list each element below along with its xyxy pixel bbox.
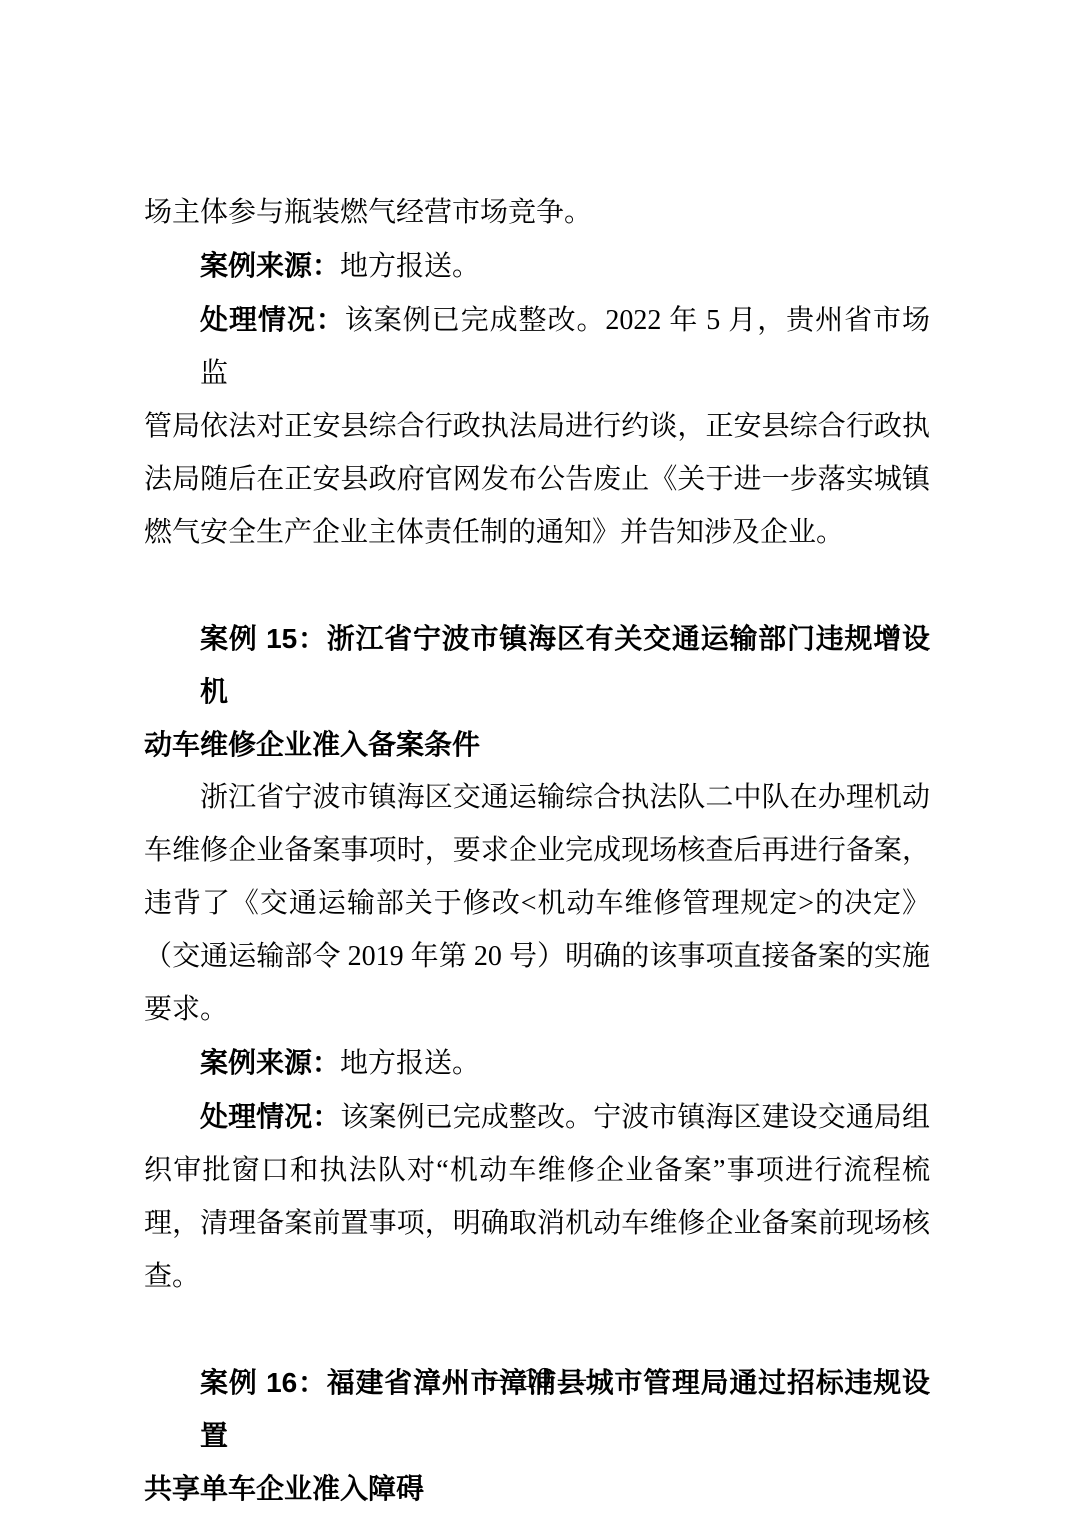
text-segment: 地方报送。	[340, 1048, 480, 1079]
text-segment: 查。	[144, 1261, 200, 1292]
body-text-line: 燃气安全生产企业主体责任制的通知》并告知涉及企业。	[144, 506, 930, 559]
field-label: 动车维修企业准入备案条件	[144, 729, 480, 760]
field-label: 案例 15：浙江省宁波市镇海区有关交通运输部门违规增设机	[200, 623, 930, 707]
body-text-line: 查。	[144, 1250, 930, 1303]
body-text-line: 理，清理备案前置事项，明确取消机动车维修企业备案前现场核	[144, 1197, 930, 1250]
body-text-line: 违背了《交通运输部关于修改<机动车维修管理规定>的决定》	[144, 877, 930, 930]
text-segment: 管局依法对正安县综合行政执法局进行约谈，正安县综合行政执	[144, 411, 930, 442]
field-label: 处理情况：	[200, 1101, 340, 1132]
text-segment: 车维修企业备案事项时，要求企业完成现场核查后再进行备案，	[144, 835, 930, 866]
body-text-line: （交通运输部令 2019 年第 20 号）明确的该事项直接备案的实施	[144, 930, 930, 983]
body-text-line: 浙江省宁波市镇海区交通运输综合执法队二中队在办理机动	[144, 771, 930, 824]
text-segment: 要求。	[144, 994, 228, 1025]
text-segment: 该案例已完成整改。宁波市镇海区建设交通局组	[340, 1102, 930, 1133]
body-text-line: 案例来源：地方报送。	[144, 239, 930, 293]
text-segment: 燃气安全生产企业主体责任制的通知》并告知涉及企业。	[144, 517, 844, 548]
body-text-line: 要求。	[144, 983, 930, 1036]
case-heading-line: 案例 15：浙江省宁波市镇海区有关交通运输部门违规增设机	[144, 612, 930, 718]
text-segment: 违背了《交通运输部关于修改<机动车维修管理规定>的决定》	[144, 888, 930, 919]
text-segment: 法局随后在正安县政府官网发布公告废止《关于进一步落实城镇	[144, 464, 930, 495]
document-text: 场主体参与瓶装燃气经营市场竞争。案例来源：地方报送。处理情况：该案例已完成整改。…	[144, 186, 930, 1515]
text-segment: 织审批窗口和执法队对“机动车维修企业备案”事项进行流程梳	[144, 1155, 930, 1186]
document-page: 场主体参与瓶装燃气经营市场竞争。案例来源：地方报送。处理情况：该案例已完成整改。…	[0, 0, 1074, 1520]
body-text-line: 场主体参与瓶装燃气经营市场竞争。	[144, 186, 930, 239]
case-heading-line: 动车维修企业准入备案条件	[144, 718, 930, 771]
case-heading-line: 共享单车企业准入障碍	[144, 1462, 930, 1515]
body-text-line: 车维修企业备案事项时，要求企业完成现场核查后再进行备案，	[144, 824, 930, 877]
field-label: 案例来源：	[200, 1047, 340, 1078]
text-segment: 地方报送。	[340, 251, 480, 282]
field-label: 共享单车企业准入障碍	[144, 1473, 424, 1504]
body-text-line: 织审批窗口和执法队对“机动车维修企业备案”事项进行流程梳	[144, 1144, 930, 1197]
blank-line	[144, 559, 930, 612]
page-number: — 10 —	[0, 1352, 1074, 1405]
body-text-line: 处理情况：该案例已完成整改。2022 年 5 月，贵州省市场监	[144, 293, 930, 400]
field-label: 案例来源：	[200, 250, 340, 281]
body-text-line: 处理情况：该案例已完成整改。宁波市镇海区建设交通局组	[144, 1090, 930, 1144]
text-segment: 场主体参与瓶装燃气经营市场竞争。	[144, 197, 592, 228]
body-text-line: 法局随后在正安县政府官网发布公告废止《关于进一步落实城镇	[144, 453, 930, 506]
blank-line	[144, 1303, 930, 1356]
body-text-line: 案例来源：地方报送。	[144, 1036, 930, 1090]
text-segment: 浙江省宁波市镇海区交通运输综合执法队二中队在办理机动	[200, 782, 930, 813]
text-segment: （交通运输部令 2019 年第 20 号）明确的该事项直接备案的实施	[144, 941, 930, 972]
field-label: 处理情况：	[200, 304, 345, 335]
body-text-line: 管局依法对正安县综合行政执法局进行约谈，正安县综合行政执	[144, 400, 930, 453]
text-segment: 理，清理备案前置事项，明确取消机动车维修企业备案前现场核	[144, 1208, 930, 1239]
